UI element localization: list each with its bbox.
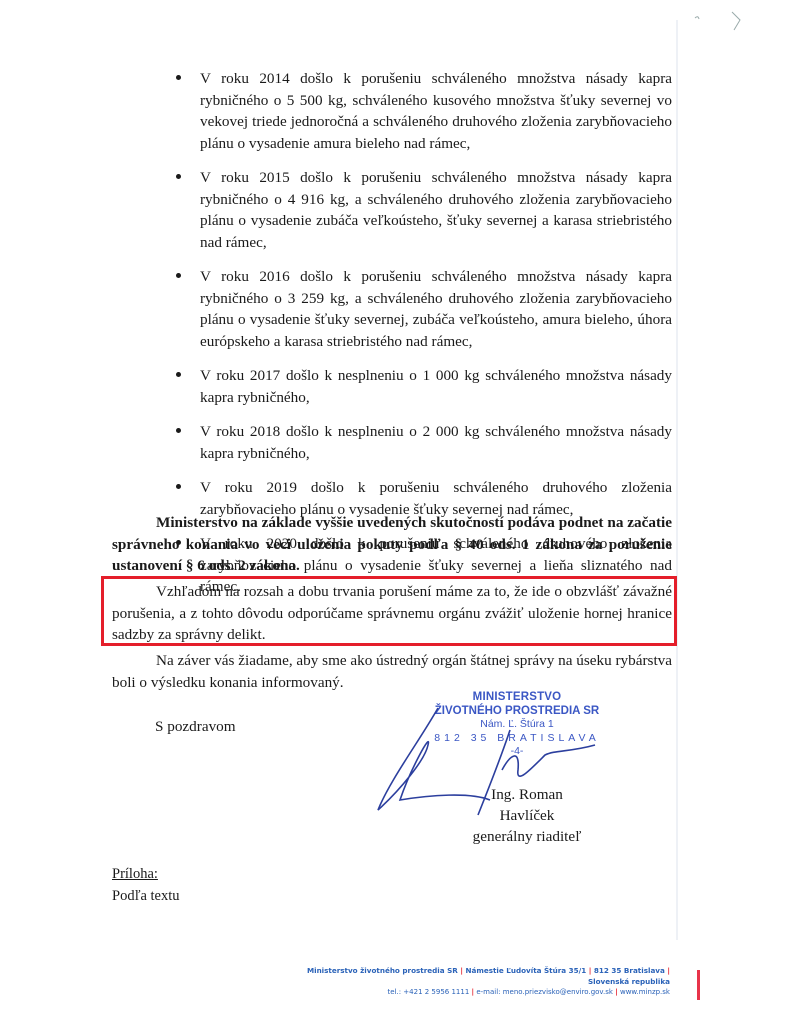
- bullet-icon: [176, 273, 181, 278]
- footer-separator: |: [615, 988, 618, 996]
- footer-phone: tel.: +421 2 5956 1111: [388, 988, 470, 996]
- footer-separator: |: [472, 988, 475, 996]
- attachment-value: Podľa textu: [112, 888, 180, 905]
- list-item-text: V roku 2016 došlo k porušeniu schválenéh…: [200, 268, 672, 350]
- bullet-icon: [176, 372, 181, 377]
- list-item-text: V roku 2018 došlo k nesplneniu o 2 000 k…: [200, 423, 672, 462]
- closing-paragraph: Na záver vás žiadame, aby sme ako ústred…: [112, 650, 672, 693]
- list-item-text: V roku 2014 došlo k porušeniu schválenéh…: [200, 70, 672, 152]
- footer-separator: |: [667, 966, 670, 975]
- list-item: V roku 2017 došlo k nesplneniu o 1 000 k…: [176, 365, 672, 408]
- footer-address: Námestie Ľudovíta Štúra 35/1: [465, 966, 586, 975]
- greeting: S pozdravom: [155, 718, 236, 736]
- footer-separator: |: [589, 966, 592, 975]
- list-item: V roku 2016 došlo k porušeniu schválenéh…: [176, 266, 672, 352]
- footer-email[interactable]: e-mail: meno.priezvisko@enviro.gov.sk: [476, 988, 613, 996]
- list-item: V roku 2014 došlo k porušeniu schválenéh…: [176, 68, 672, 154]
- footer-org: Ministerstvo životného prostredia SR: [307, 966, 458, 975]
- signer-name: Ing. Roman Havlíček: [462, 784, 592, 826]
- list-item: V roku 2018 došlo k nesplneniu o 2 000 k…: [176, 421, 672, 464]
- footer-web[interactable]: www.minzp.sk: [620, 988, 670, 996]
- highlighted-paragraph: Vzhľadom na rozsah a dobu trvania poruše…: [112, 581, 672, 646]
- footer-city: 812 35 Bratislava: [594, 966, 665, 975]
- bullet-icon: [176, 174, 181, 179]
- motion-paragraph: Ministerstvo na základe vyššie uvedených…: [112, 512, 672, 577]
- signer-block: Ing. Roman Havlíček generálny riaditeľ: [462, 784, 592, 847]
- footer-country: Slovenská republika: [588, 977, 670, 986]
- bullet-icon: [176, 428, 181, 433]
- list-item: V roku 2015 došlo k porušeniu schválenéh…: [176, 167, 672, 253]
- scan-mark-icon: [690, 8, 750, 32]
- footer-separator: |: [460, 966, 463, 975]
- bullet-icon: [176, 75, 181, 80]
- document-page: V roku 2014 došlo k porušeniu schválenéh…: [0, 0, 792, 1024]
- letterhead-footer: Ministerstvo životného prostredia SR | N…: [300, 965, 670, 998]
- bullet-icon: [176, 484, 181, 489]
- signer-title: generálny riaditeľ: [462, 826, 592, 847]
- scan-artifact: [676, 20, 678, 940]
- attachment-label: Príloha:: [112, 866, 158, 883]
- list-item-text: V roku 2015 došlo k porušeniu schválenéh…: [200, 169, 672, 251]
- list-item-text: V roku 2017 došlo k nesplneniu o 1 000 k…: [200, 367, 672, 406]
- footer-accent-bar: [697, 970, 700, 1000]
